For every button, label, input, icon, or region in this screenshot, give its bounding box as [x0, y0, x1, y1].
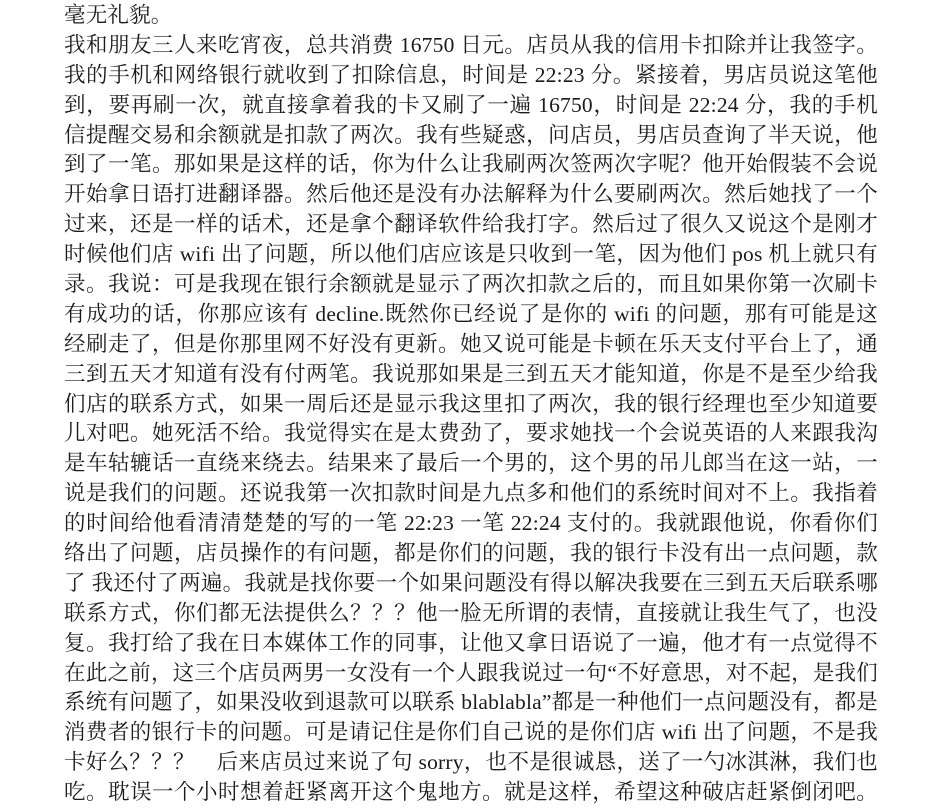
text-line: 儿对吧。她死活不给。我觉得实在是太费劲了，要求她找一个会说英语的人来跟我沟通而不 [64, 419, 878, 449]
text-line: 信提醒交易和余额就是扣款了两次。我有些疑惑，问店员，男店员查询了半天说，他们就收 [64, 121, 878, 151]
complaint-text-body: 毫无礼貌。 我和朋友三人来吃宵夜，总共消费 16750 日元。店员从我的信用卡扣… [64, 1, 878, 808]
text-line: 复。我打给了我在日本媒体工作的同事，让他又拿日语说了一遍，他才有一点觉得不好意思… [64, 629, 878, 659]
text-line: 是车轱辘话一直绕来绕去。结果来了最后一个男的，这个男的吊儿郎当在这一站，一口咬定 [64, 449, 878, 479]
text-line: 过来，还是一样的话术，还是拿个翻译软件给我打字。然后过了很久又说这个是刚才支付的 [64, 210, 878, 240]
text-line: 们店的联系方式，如果一周后还是显示我这里扣了两次，我的银行经理也至少知道要联系哪 [64, 390, 878, 420]
text-line: 的时间给他看清清楚楚的写的一笔 22:23 一笔 22:24 支付的。我就跟他说… [64, 509, 878, 539]
text-line: 说是我们的问题。还说我第一次扣款时间是九点多和他们的系统时间对不上。我指着短信上 [64, 479, 878, 509]
text-line: 消费者的银行卡的问题。可是请记住是你们自己说的是你们店 wifi 出了问题，不是… [64, 718, 878, 748]
text-line: 开始拿日语打进翻译器。然后他还是没有办法解释为什么要刷两次。然后她找了一个女店员 [64, 180, 878, 210]
text-line: 时候他们店 wifi 出了问题，所以他们店应该是只收到一笔，因为他们 pos 机… [64, 240, 878, 270]
text-line: 在此之前，这三个店员两男一女没有一个人跟我说过一句“不好意思，对不起，是我们店的 [64, 659, 878, 689]
text-line: 我的手机和网络银行就收到了扣除信息，时间是 22:23 分。紧接着，男店员说这笔… [64, 61, 878, 91]
text-line: 到，要再刷一次，就直接拿着我的卡又刷了一遍 16750，时间是 22:24 分，… [64, 91, 878, 121]
text-line: 经刷走了，但是你那里网不好没有更新。她又说可能是卡顿在乐天支付平台上了，通常需要 [64, 330, 878, 360]
text-line: 吃。耽误一个小时想着赶紧离开这个鬼地方。就是这样，希望这种破店赶紧倒闭吧。如果你 [64, 778, 878, 808]
text-line: 我和朋友三人来吃宵夜，总共消费 16750 日元。店员从我的信用卡扣除并让我签字… [64, 31, 878, 61]
text-line: 毫无礼貌。 [64, 1, 878, 31]
text-line: 了 我还付了两遍。我就是找你要一个如果问题没有得以解决我要在三到五天后联系哪里的 [64, 569, 878, 599]
text-line: 系统有问题了，如果没收到退款可以联系 blablabla”都是一种他们一点问题没… [64, 688, 878, 718]
text-line: 联系方式，你们都无法提供么？？？他一脸无所谓的表情，直接就让我生气了，也没给我回 [64, 599, 878, 629]
text-line: 到了一笔。那如果是这样的话，你为什么让我刷两次签两次字呢？他开始假装不会说英语， [64, 150, 878, 180]
text-line: 有成功的话，你那应该有 decline.既然你已经说了是你的 wifi 的问题，… [64, 300, 878, 330]
text-line: 录。我说：可是我现在银行余额就是显示了两次扣款之后的，而且如果你第一次刷卡签字没 [64, 270, 878, 300]
text-line: 卡好么？？？ 后来店员过来说了句 sorry，也不是很诚恳，送了一勺冰淇淋，我们… [64, 748, 878, 778]
page: { "colors": { "background": "#ffffff", "… [0, 0, 942, 808]
text-line: 络出了问题，店员操作的有问题，都是你们的问题，我的银行卡没有出一点问题，款我也付 [64, 539, 878, 569]
text-line: 三到五天才知道有没有付两笔。我说那如果是三到五天才能知道，你是不是至少给我一个你 [64, 360, 878, 390]
